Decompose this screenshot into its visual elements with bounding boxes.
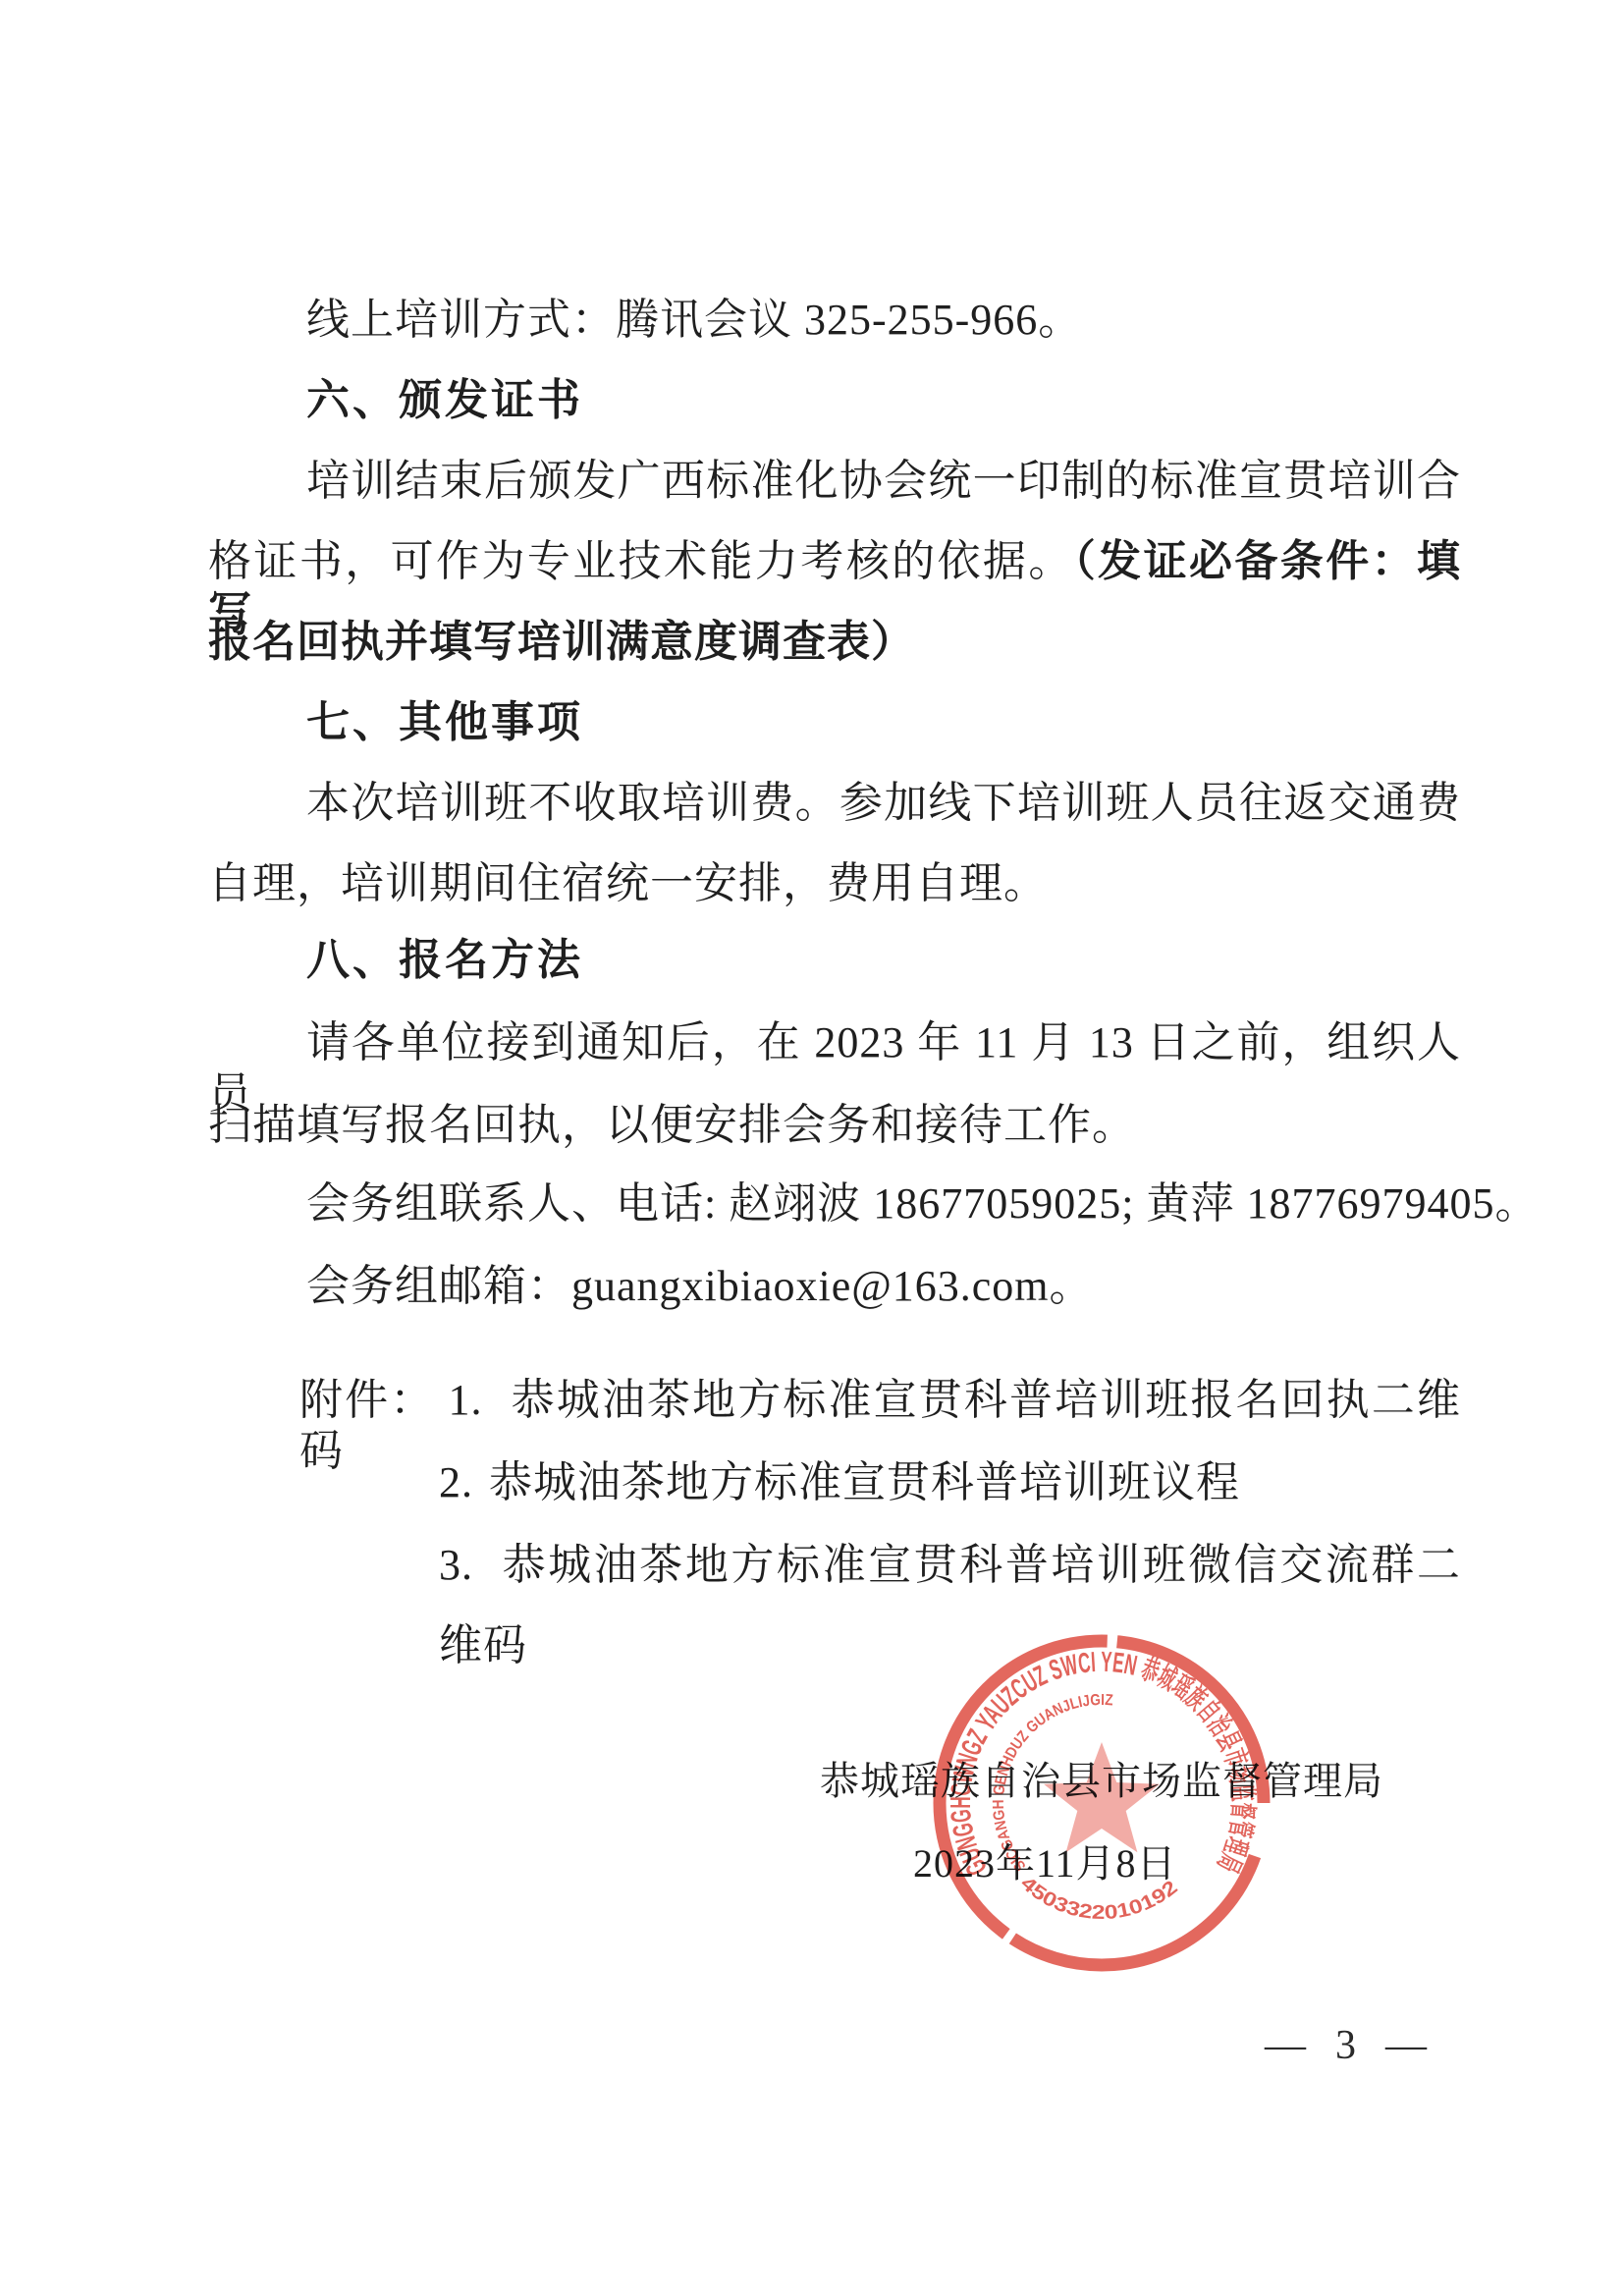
attachment-text: 恭城油茶地方标准宣贯科普培训班微信交流群二 xyxy=(503,1541,1461,1589)
attachment-number: 2. xyxy=(439,1458,473,1506)
section-heading-eight: 八、报名方法 xyxy=(208,935,1461,986)
page-number-dash-left: — xyxy=(1265,2025,1306,2066)
section-heading-six: 六、颁发证书 xyxy=(208,375,1461,426)
body-line-contact: 会务组联系人、电话: 赵翊波 18677059025; 黄萍 187769794… xyxy=(208,1178,1461,1230)
body-line-cert-3: 报名回执并填写培训满意度调查表） xyxy=(208,617,1461,668)
attachments-label: 附件： xyxy=(299,1376,435,1424)
page-number-dash-right: — xyxy=(1385,2025,1427,2066)
body-line-cert-1: 培训结束后颁发广西标准化协会统一印制的标准宣贯培训合 xyxy=(208,456,1461,507)
seal-code-text: 4503322010192 xyxy=(1016,1873,1182,1924)
seal-star-icon xyxy=(1044,1742,1160,1852)
section-heading-seven: 七、其他事项 xyxy=(208,697,1461,748)
body-line-other-2: 自理，培训期间住宿统一安排，费用自理。 xyxy=(208,858,1461,909)
document-page: 线上培训方式：腾讯会议 325-255-966。 六、颁发证书 培训结束后颁发广… xyxy=(0,0,1624,2296)
attachment-number: 1. xyxy=(449,1376,483,1424)
attachment-item-3: 3. 恭城油茶地方标准宣贯科普培训班微信交流群二 xyxy=(439,1540,1461,1591)
body-line-online-training: 线上培训方式：腾讯会议 325-255-966。 xyxy=(208,295,1461,346)
attachment-number: 3. xyxy=(439,1541,473,1589)
body-line-other-1: 本次培训班不收取培训费。参加线下培训班人员往返交通费 xyxy=(208,778,1461,829)
cert-line-regular-text: 格证书，可作为专业技术能力考核的依据。 xyxy=(208,537,1074,585)
official-seal: GUNGGHCWNGZ YAUZCUZ SWCI YEN 恭城瑶族自治县市场监督… xyxy=(925,1626,1278,1980)
attachment-item-2: 2.恭城油茶地方标准宣贯科普培训班议程 xyxy=(439,1457,1240,1508)
attachment-item-3-wrap: 维码 xyxy=(439,1620,527,1671)
body-line-signup-2: 扫描填写报名回执，以便安排会务和接待工作。 xyxy=(208,1100,1461,1151)
attachment-text: 恭城油茶地方标准宣贯科普培训班议程 xyxy=(489,1458,1240,1506)
page-number: — 3 — xyxy=(1265,2025,1427,2066)
page-number-value: 3 xyxy=(1335,2025,1356,2066)
body-line-email: 会务组邮箱：guangxibiaoxie@163.com。 xyxy=(208,1261,1461,1312)
